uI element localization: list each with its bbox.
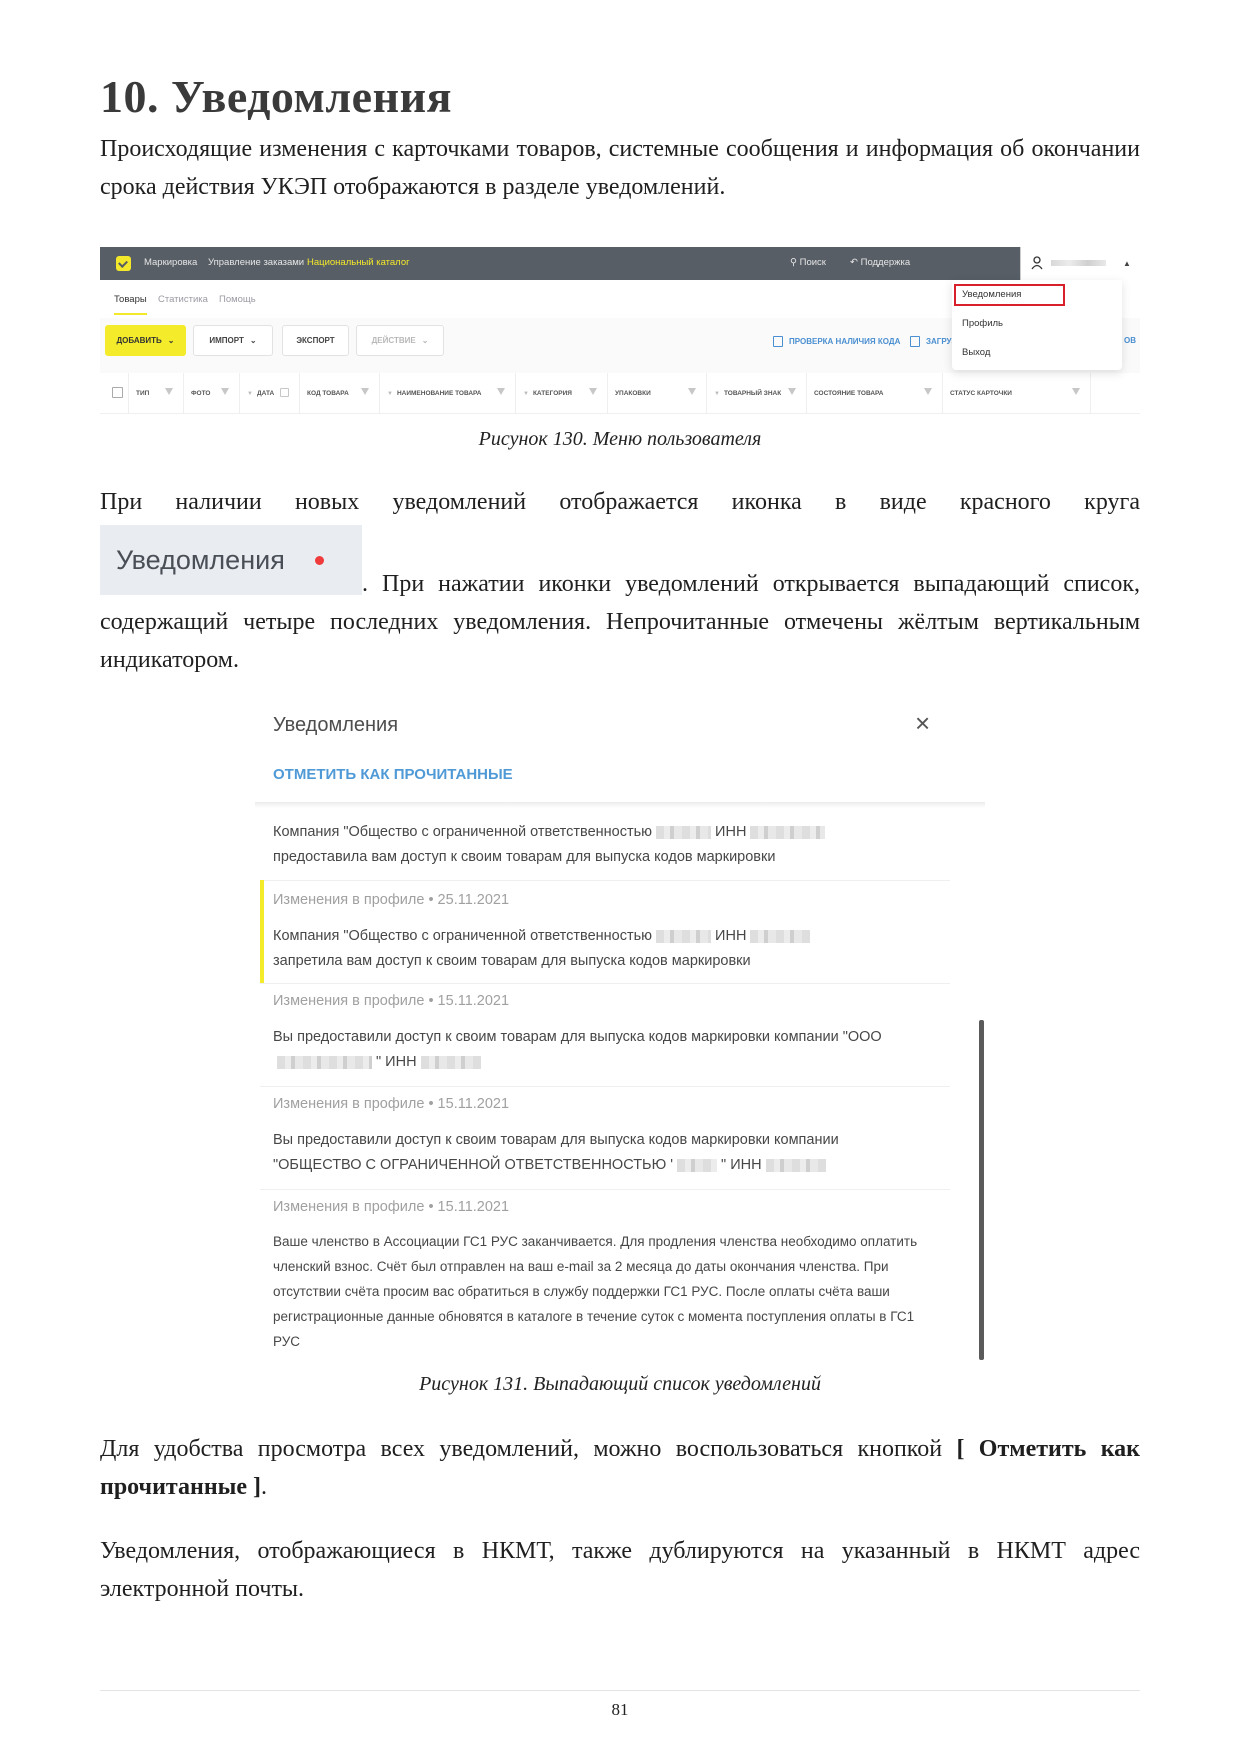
- redacted: [766, 1159, 826, 1172]
- paragraph-mark-read: Для удобства просмотра всех уведомлений,…: [100, 1430, 1140, 1506]
- figure-caption: Рисунок 130. Меню пользователя: [100, 428, 1140, 451]
- redacted: [277, 1056, 372, 1069]
- caret-up-icon: ▲: [1123, 259, 1131, 268]
- search-button[interactable]: ⚲ Поиск: [790, 257, 826, 268]
- redacted: [750, 826, 825, 839]
- user-menu-toggle[interactable]: ▲: [1020, 247, 1140, 280]
- support-button[interactable]: ↶ Поддержка: [850, 257, 910, 268]
- upload-link-tail: ОВ: [1124, 336, 1136, 345]
- tab-statistics[interactable]: Статистика: [158, 294, 208, 305]
- filter-icon[interactable]: [688, 388, 696, 395]
- section-heading: 10. Уведомления: [100, 70, 452, 123]
- red-dot-icon: [315, 556, 324, 565]
- select-all-cell: [100, 373, 129, 413]
- figure-caption: Рисунок 131. Выпадающий список уведомлен…: [100, 1373, 1140, 1396]
- upload-icon: [910, 336, 920, 347]
- redacted: [677, 1159, 717, 1172]
- menu-item-profile[interactable]: Профиль: [962, 318, 1003, 329]
- notification-item[interactable]: Изменения в профиле • 15.11.2021 Вы пред…: [260, 1086, 950, 1190]
- nav-orders[interactable]: Управление заказами: [208, 257, 304, 268]
- table-header: ТИП ФОТО ▼ДАТА КОД ТОВАРА ▼НАИМЕНОВАНИЕ …: [100, 373, 1140, 414]
- col-trademark[interactable]: ▼ТОВАРНЫЙ ЗНАК: [706, 373, 807, 413]
- select-all-checkbox[interactable]: [112, 387, 123, 398]
- col-packages[interactable]: УПАКОВКИ: [607, 373, 707, 413]
- filter-icon[interactable]: [497, 388, 505, 395]
- notification-item-unread[interactable]: Изменения в профиле • 25.11.2021 Компани…: [260, 880, 950, 984]
- col-card-status[interactable]: СТАТУС КАРТОЧКИ: [942, 373, 1091, 413]
- calendar-icon[interactable]: [280, 388, 289, 397]
- headset-icon: ↶: [850, 257, 858, 268]
- menu-item-logout[interactable]: Выход: [962, 347, 990, 358]
- filter-icon[interactable]: [165, 388, 173, 395]
- tab-products[interactable]: Товары: [114, 294, 147, 305]
- search-icon: ⚲: [790, 257, 797, 268]
- logo-icon[interactable]: [116, 256, 131, 271]
- figure-notifications-dropdown: Уведомления × ОТМЕТИТЬ КАК ПРОЧИТАННЫЕ К…: [255, 700, 995, 1360]
- col-product-code[interactable]: КОД ТОВАРА: [299, 373, 380, 413]
- top-navbar: Маркировка Управление заказами Националь…: [100, 247, 1140, 280]
- sort-icon[interactable]: ▼: [387, 391, 393, 397]
- mark-as-read-button[interactable]: ОТМЕТИТЬ КАК ПРОЧИТАННЫЕ: [273, 766, 513, 783]
- notification-item[interactable]: Изменения в профиле • 15.11.2021 Вы пред…: [260, 983, 950, 1087]
- close-icon[interactable]: ×: [915, 708, 930, 739]
- scrollbar[interactable]: [979, 1020, 984, 1360]
- col-photo[interactable]: ФОТО: [183, 373, 240, 413]
- figure-user-menu: Маркировка Управление заказами Националь…: [100, 247, 1140, 415]
- paragraph-email: Уведомления, отображающиеся в НКМТ, такж…: [100, 1532, 1140, 1608]
- notification-item[interactable]: Компания "Общество с ограниченной ответс…: [260, 808, 950, 881]
- import-button[interactable]: ИМПОРТ⌄: [193, 325, 273, 356]
- col-product-state[interactable]: СОСТОЯНИЕ ТОВАРА: [806, 373, 943, 413]
- upload-link[interactable]: ЗАГРУЗ: [910, 336, 957, 347]
- document-icon: [773, 336, 783, 347]
- sort-icon[interactable]: ▼: [714, 391, 720, 397]
- redacted: [750, 930, 810, 943]
- col-type[interactable]: ТИП: [128, 373, 184, 413]
- filter-icon[interactable]: [361, 388, 369, 395]
- chevron-down-icon: ⌄: [168, 336, 175, 345]
- add-button[interactable]: ДОБАВИТЬ⌄: [105, 325, 186, 356]
- sort-icon[interactable]: ▼: [247, 391, 253, 397]
- user-icon: [1031, 256, 1043, 270]
- notification-item[interactable]: Изменения в профиле • 15.11.2021 Ваше чл…: [260, 1189, 950, 1360]
- sort-icon[interactable]: ▼: [523, 391, 529, 397]
- filter-icon[interactable]: [788, 388, 796, 395]
- menu-item-notifications[interactable]: Уведомления: [962, 289, 1021, 300]
- filter-icon[interactable]: [1072, 388, 1080, 395]
- filter-icon[interactable]: [589, 388, 597, 395]
- user-dropdown-menu: Уведомления Профиль Выход: [952, 280, 1122, 370]
- tab-help[interactable]: Помощь: [219, 294, 256, 305]
- filter-icon[interactable]: [924, 388, 932, 395]
- paragraph-dropdown-desc: . При нажатии иконки уведомлений открыва…: [100, 565, 1140, 679]
- col-date[interactable]: ▼ДАТА: [239, 373, 300, 413]
- redacted: [421, 1056, 481, 1069]
- nav-marking[interactable]: Маркировка: [144, 257, 197, 268]
- col-category[interactable]: ▼КАТЕГОРИЯ: [515, 373, 608, 413]
- col-product-name[interactable]: ▼НАИМЕНОВАНИЕ ТОВАРА: [379, 373, 516, 413]
- redacted: [656, 826, 711, 839]
- notifications-title: Уведомления: [273, 714, 398, 737]
- chevron-down-icon: ⌄: [422, 336, 429, 345]
- page-number: 81: [100, 1700, 1140, 1720]
- nav-national-catalog[interactable]: Национальный каталог: [307, 257, 410, 268]
- username-redacted: [1051, 260, 1106, 266]
- check-code-link[interactable]: ПРОВЕРКА НАЛИЧИЯ КОДА: [773, 336, 900, 347]
- redacted: [656, 930, 711, 943]
- action-button[interactable]: ДЕЙСТВИЕ⌄: [356, 325, 444, 356]
- paragraph-red-circle: При наличии новых уведомлений отображает…: [100, 483, 1140, 521]
- chevron-down-icon: ⌄: [250, 336, 257, 345]
- export-button[interactable]: ЭКСПОРТ: [282, 325, 349, 356]
- intro-paragraph: Происходящие изменения с карточками това…: [100, 130, 1140, 206]
- footer-divider: [100, 1690, 1140, 1691]
- filter-icon[interactable]: [221, 388, 229, 395]
